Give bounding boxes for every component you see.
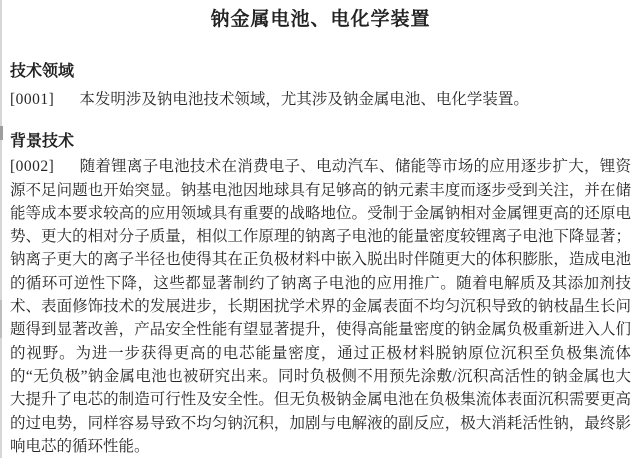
paragraph-0002: [0002]随着锂离子电池技术在消费电子、电动汽车、储能等市场的应用逐步扩大，锂…: [10, 155, 631, 458]
paragraph-number-0001: [0001]: [10, 88, 54, 111]
paragraph-0001: [0001]本发明涉及钠电池技术领域，尤其涉及钠金属电池、电化学装置。: [10, 88, 631, 111]
section-heading-background-art: 背景技术: [10, 132, 631, 152]
document-content: 钠金属电池、电化学装置 技术领域 [0001]本发明涉及钠电池技术领域，尤其涉及…: [0, 0, 640, 458]
document-title: 钠金属电池、电化学装置: [10, 9, 631, 31]
patent-document-page: 钠金属电池、电化学装置 技术领域 [0001]本发明涉及钠电池技术领域，尤其涉及…: [0, 0, 640, 458]
paragraph-0002-text: 随着锂离子电池技术在消费电子、电动汽车、储能等市场的应用逐步扩大，锂资源不足问题…: [10, 158, 631, 455]
paragraph-number-0002: [0002]: [10, 155, 54, 178]
section-background-art: 背景技术 [0002]随着锂离子电池技术在消费电子、电动汽车、储能等市场的应用逐…: [10, 132, 631, 458]
paragraph-0001-text: 本发明涉及钠电池技术领域，尤其涉及钠金属电池、电化学装置。: [79, 91, 529, 108]
section-heading-technical-field: 技术领域: [10, 62, 631, 82]
section-technical-field: 技术领域 [0001]本发明涉及钠电池技术领域，尤其涉及钠金属电池、电化学装置。: [10, 62, 631, 111]
